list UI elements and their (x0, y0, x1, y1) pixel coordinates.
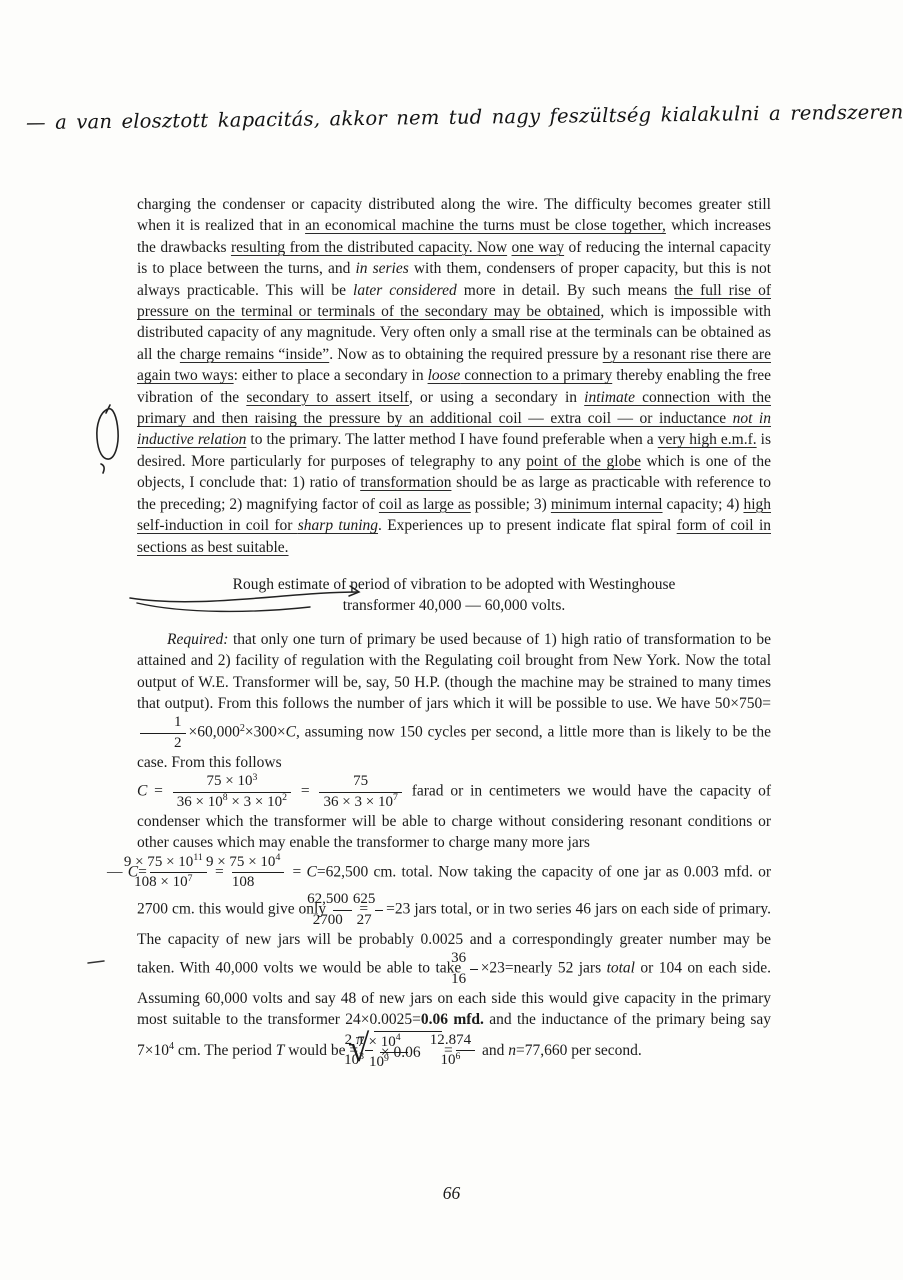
margin-comma-mark (101, 464, 104, 473)
page-number: 66 (0, 1183, 903, 1204)
paragraph-capacity-formula: C = 75 × 10336 × 108 × 3 × 102 = 7536 × … (137, 773, 771, 853)
margin-ellipse-mark (97, 405, 118, 459)
heading-line-2: transformer 40,000 — 60,000 volts. (137, 595, 771, 616)
scanned-document-page: — a van elosztott kapacitás, akkor nem t… (0, 0, 903, 1280)
heading-line-1: Rough estimate of period of vibration to… (137, 574, 771, 595)
section-heading: Rough estimate of period of vibration to… (137, 574, 771, 617)
page-body: charging the condenser or capacity distr… (137, 194, 771, 1071)
paragraph-required: Required: that only one turn of primary … (137, 629, 771, 774)
paragraph-distributed-capacity: charging the condenser or capacity distr… (137, 194, 771, 558)
paragraph-jars-calculation: — C=9 × 75 × 1011108 × 107 = 9 × 75 × 10… (137, 854, 771, 1071)
handwritten-margin-note: — a van elosztott kapacitás, akkor nem t… (26, 101, 856, 134)
margin-dash-mark (88, 961, 104, 963)
